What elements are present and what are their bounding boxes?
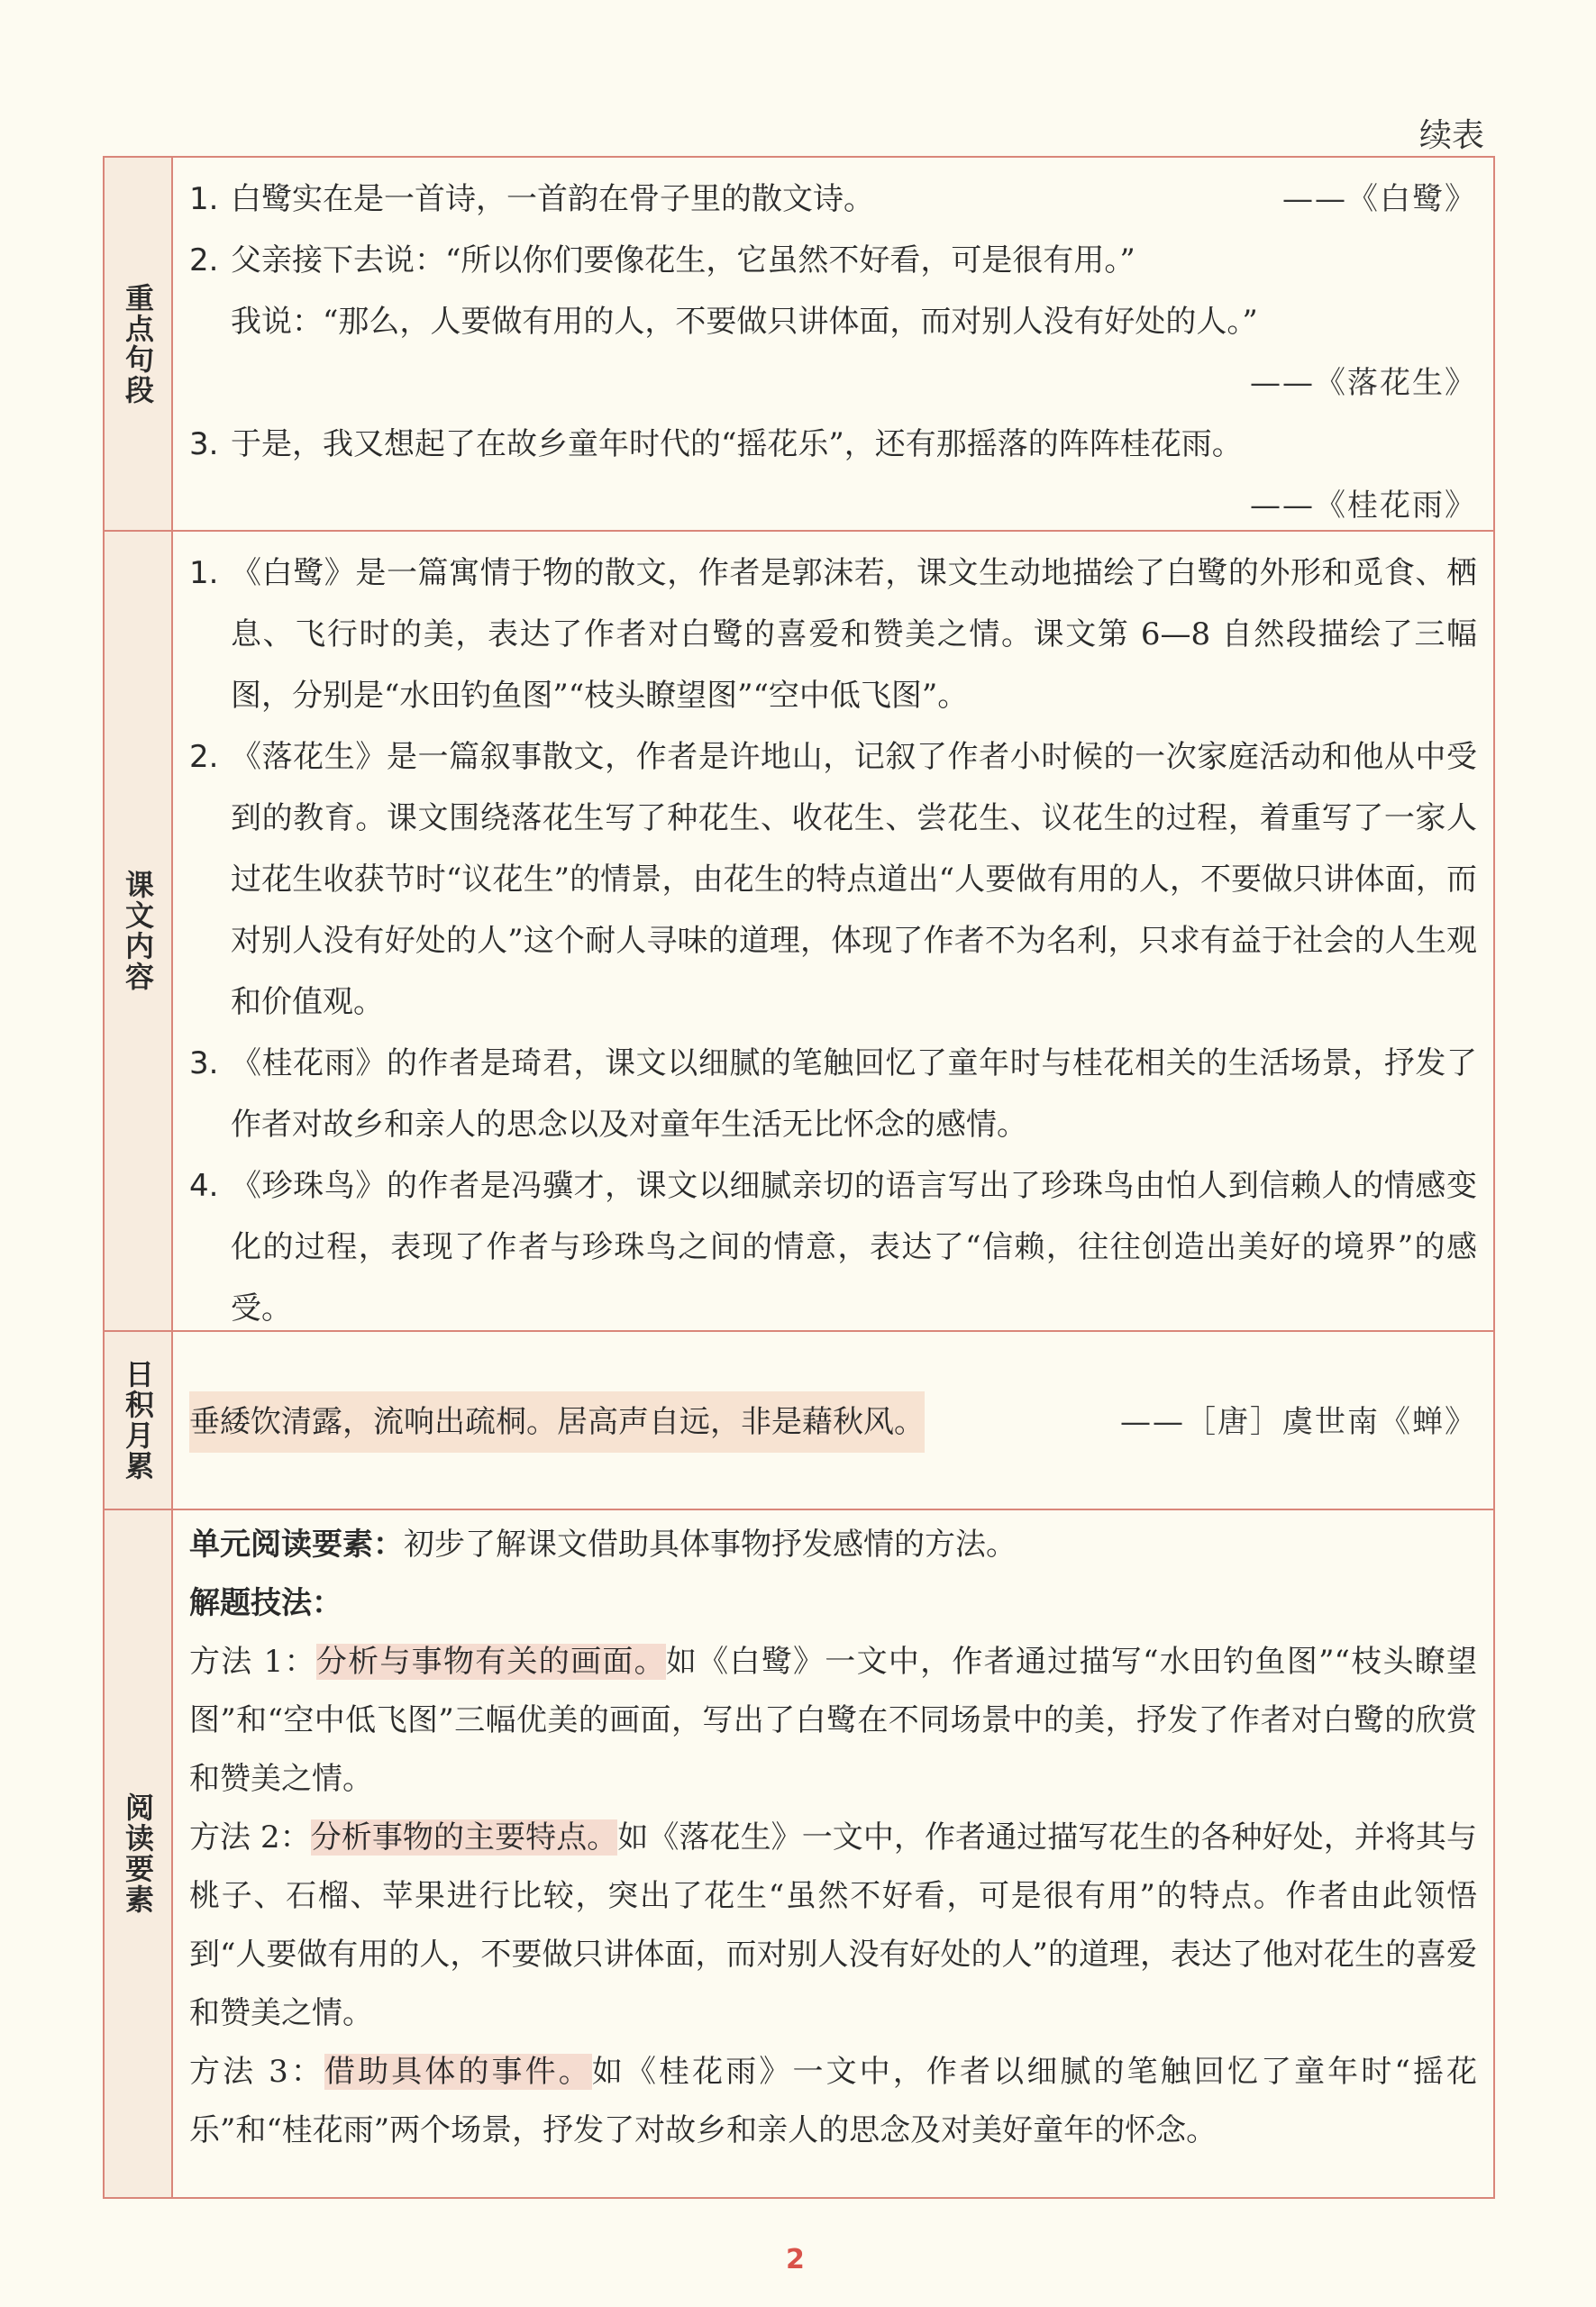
poem-text: 垂緌饮清露，流响出疏桐。居高声自远，非是藉秋风。 [189,1391,925,1453]
method-prefix: 方法 1： [189,1644,316,1680]
row-text-content: 课文内容 1. 《白鹭》是一篇寓情于物的散文，作者是郭沫若，课文生动地描绘了白鹭… [105,530,1493,1330]
row-key-sentences: 重点句段 1. 白鹭实在是一首诗，一首韵在骨子里的散文诗。 ——《白鹭》 2. … [105,158,1493,530]
item-number: 1. [189,169,231,230]
unit-reading-element: 单元阅读要素：初步了解课文借助具体事物抒发感情的方法。 [189,1516,1477,1574]
sentence-text: 白鹭实在是一首诗，一首韵在骨子里的散文诗。 [231,169,874,230]
row-content: 单元阅读要素：初步了解课文借助具体事物抒发感情的方法。 解题技法： 方法 1：分… [173,1510,1493,2197]
poem-source: ——［唐］虞世南《蝉》 [1120,1391,1477,1453]
method-item: 方法 1：分析与事物有关的画面。如《白鹭》一文中，作者通过描写“水田钓鱼图”“枝… [189,1633,1477,1809]
item-text: 《桂花雨》的作者是琦君，课文以细腻的笔触回忆了童年时与桂花相关的生活场景，抒发了… [231,1033,1477,1155]
item-text: 于是，我又想起了在故乡童年时代的“摇花乐”，还有那摇落的阵阵桂花雨。 ——《桂花… [231,414,1477,536]
row-label: 课文内容 [117,870,159,992]
item-text: 《白鹭》是一篇寓情于物的散文，作者是郭沫若，课文生动地描绘了白鹭的外形和觅食、栖… [231,543,1477,726]
method-key: 分析事物的主要特点。 [311,1819,618,1856]
item-number: 3. [189,414,231,536]
row-content: 垂緌饮清露，流响出疏桐。居高声自远，非是藉秋风。 ——［唐］虞世南《蝉》 [173,1332,1493,1509]
item-number: 2. [189,230,231,414]
item-number: 2. [189,726,231,1033]
row-label-cell: 重点句段 [105,158,173,530]
method-key: 分析与事物有关的画面。 [316,1644,666,1680]
element-title: 单元阅读要素： [189,1527,404,1563]
source-citation: ——《桂花雨》 [231,475,1477,536]
row-label: 日积月累 [117,1359,159,1482]
list-item: 3. 于是，我又想起了在故乡童年时代的“摇花乐”，还有那摇落的阵阵桂花雨。 ——… [189,414,1477,536]
item-text: 《珍珠鸟》的作者是冯骥才，课文以细腻亲切的语言写出了珍珠鸟由怕人到信赖人的情感变… [231,1155,1477,1339]
continued-table-label: 续表 [1419,110,1484,156]
row-label-cell: 日积月累 [105,1332,173,1509]
sentence-text-continued: 我说：“那么，人要做有用的人，不要做只讲体面，而对别人没有好处的人。” [231,291,1477,352]
method-prefix: 方法 3： [189,2054,324,2090]
row-label: 阅读要素 [117,1792,159,1915]
row-label-cell: 课文内容 [105,532,173,1330]
method-key: 借助具体的事件。 [324,2054,592,2090]
item-number: 1. [189,543,231,726]
row-content: 1. 《白鹭》是一篇寓情于物的散文，作者是郭沫若，课文生动地描绘了白鹭的外形和觅… [173,532,1493,1330]
method-item: 方法 2：分析事物的主要特点。如《落花生》一文中，作者通过描写花生的各种好处，并… [189,1809,1477,2043]
summary-table: 重点句段 1. 白鹭实在是一首诗，一首韵在骨子里的散文诗。 ——《白鹭》 2. … [103,156,1495,2199]
row-label: 重点句段 [117,283,159,406]
row-label-cell: 阅读要素 [105,1510,173,2197]
method-prefix: 方法 2： [189,1819,311,1856]
row-content: 1. 白鹭实在是一首诗，一首韵在骨子里的散文诗。 ——《白鹭》 2. 父亲接下去… [173,158,1493,530]
poem-line: 垂緌饮清露，流响出疏桐。居高声自远，非是藉秋风。 ——［唐］虞世南《蝉》 [189,1343,1477,1501]
element-text: 初步了解课文借助具体事物抒发感情的方法。 [404,1527,1017,1563]
method-item: 方法 3：借助具体的事件。如《桂花雨》一文中，作者以细腻的笔触回忆了童年时“摇花… [189,2043,1477,2160]
list-item: 2. 父亲接下去说：“所以你们要像花生，它虽然不好看，可是很有用。” 我说：“那… [189,230,1477,414]
source-citation: ——《落花生》 [231,352,1477,414]
source-citation: ——《白鹭》 [1282,169,1477,230]
list-item: 1. 白鹭实在是一首诗，一首韵在骨子里的散文诗。 ——《白鹭》 [189,169,1477,230]
row-daily-accumulation: 日积月累 垂緌饮清露，流响出疏桐。居高声自远，非是藉秋风。 ——［唐］虞世南《蝉… [105,1330,1493,1509]
row-reading-elements: 阅读要素 单元阅读要素：初步了解课文借助具体事物抒发感情的方法。 解题技法： 方… [105,1509,1493,2197]
item-number: 4. [189,1155,231,1339]
item-text: 《落花生》是一篇叙事散文，作者是许地山，记叙了作者小时候的一次家庭活动和他从中受… [231,726,1477,1033]
page-number: 2 [786,2244,805,2275]
sentence-text: 于是，我又想起了在故乡童年时代的“摇花乐”，还有那摇落的阵阵桂花雨。 [231,414,1477,475]
item-number: 3. [189,1033,231,1155]
list-item: 4. 《珍珠鸟》的作者是冯骥才，课文以细腻亲切的语言写出了珍珠鸟由怕人到信赖人的… [189,1155,1477,1339]
methods-title: 解题技法： [189,1574,1477,1633]
list-item: 2. 《落花生》是一篇叙事散文，作者是许地山，记叙了作者小时候的一次家庭活动和他… [189,726,1477,1033]
item-text: 父亲接下去说：“所以你们要像花生，它虽然不好看，可是很有用。” 我说：“那么，人… [231,230,1477,414]
list-item: 3. 《桂花雨》的作者是琦君，课文以细腻的笔触回忆了童年时与桂花相关的生活场景，… [189,1033,1477,1155]
sentence-text: 父亲接下去说：“所以你们要像花生，它虽然不好看，可是很有用。” [231,230,1477,291]
list-item: 1. 《白鹭》是一篇寓情于物的散文，作者是郭沫若，课文生动地描绘了白鹭的外形和觅… [189,543,1477,726]
item-text: 白鹭实在是一首诗，一首韵在骨子里的散文诗。 ——《白鹭》 [231,169,1477,230]
